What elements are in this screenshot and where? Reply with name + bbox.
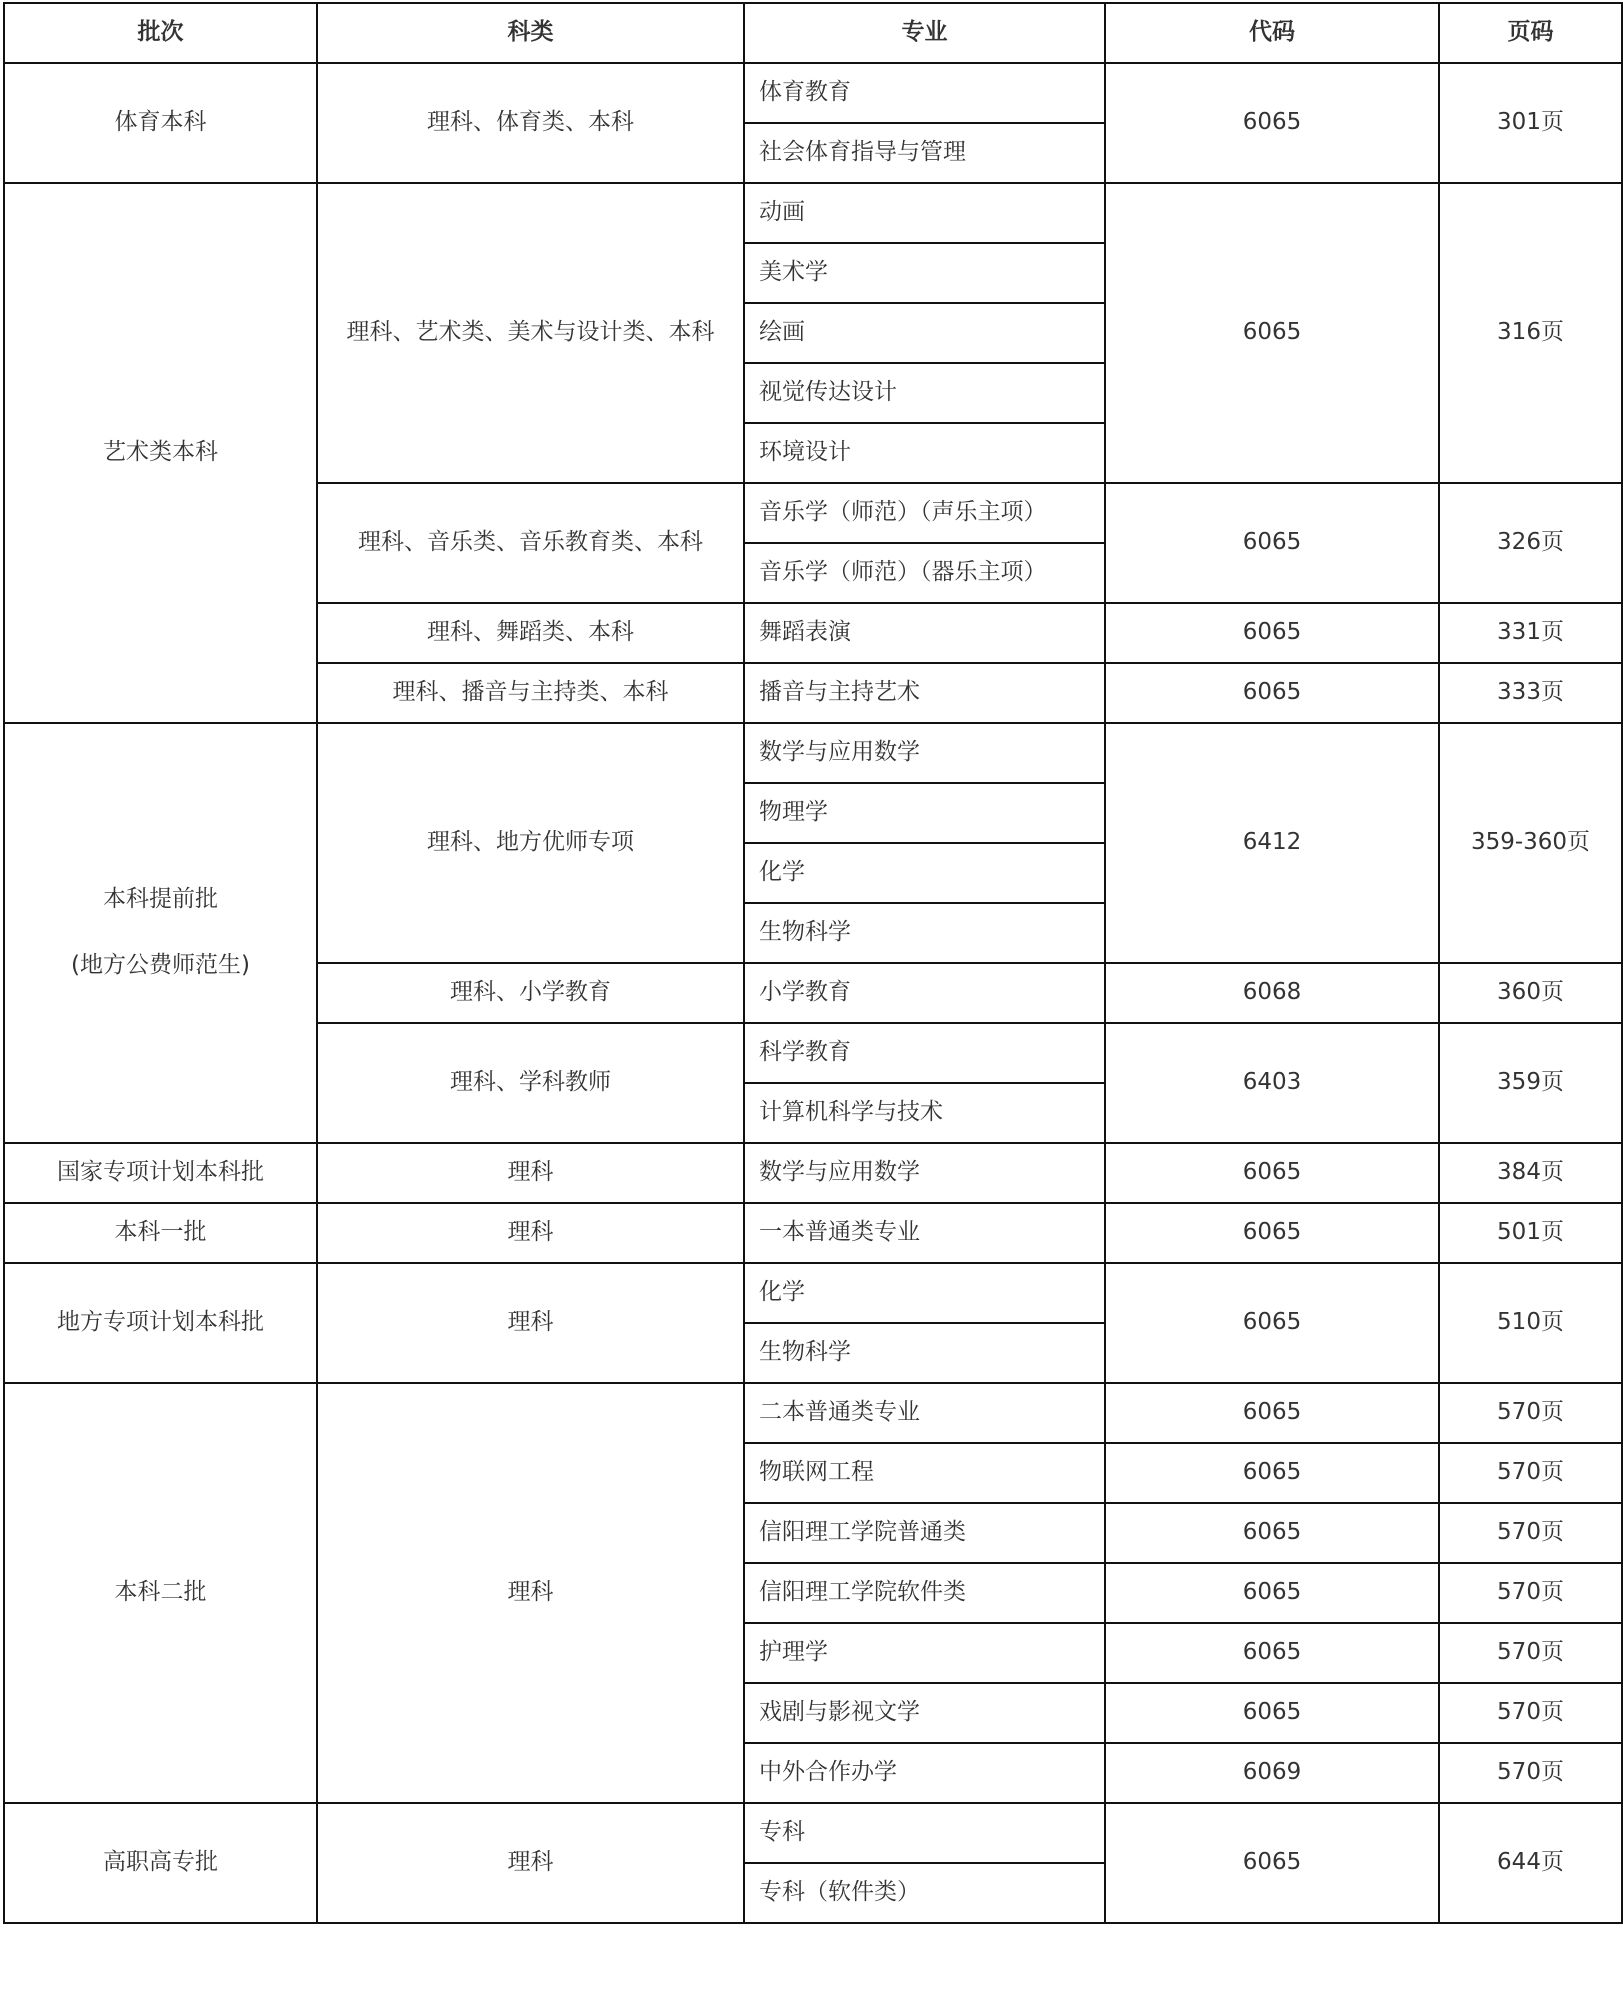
code-cell: 6065 (1105, 483, 1439, 603)
code-cell: 6065 (1105, 1503, 1439, 1563)
category-cell: 理科、舞蹈类、本科 (317, 603, 744, 663)
major-cell: 化学 (744, 843, 1105, 903)
page-cell: 570页 (1439, 1443, 1622, 1503)
category-cell: 理科、体育类、本科 (317, 63, 744, 183)
page-cell: 301页 (1439, 63, 1622, 183)
major-cell: 小学教育 (744, 963, 1105, 1023)
header-category: 科类 (317, 3, 744, 63)
major-cell: 数学与应用数学 (744, 1143, 1105, 1203)
batch-cell: 本科一批 (4, 1203, 317, 1263)
code-cell: 6065 (1105, 663, 1439, 723)
category-cell: 理科 (317, 1203, 744, 1263)
batch-label: (地方公费师范生) (5, 951, 316, 981)
table-row: 艺术类本科理科、艺术类、美术与设计类、本科动画6065316页 (4, 183, 1622, 243)
table-row: 本科一批理科一本普通类专业6065501页 (4, 1203, 1622, 1263)
batch-cell: 体育本科 (4, 63, 317, 183)
batch-label: 体育本科 (115, 109, 207, 135)
table-body: 体育本科理科、体育类、本科体育教育6065301页社会体育指导与管理艺术类本科理… (4, 63, 1622, 1923)
major-cell: 社会体育指导与管理 (744, 123, 1105, 183)
major-cell: 视觉传达设计 (744, 363, 1105, 423)
major-cell: 一本普通类专业 (744, 1203, 1105, 1263)
category-cell: 理科、音乐类、音乐教育类、本科 (317, 483, 744, 603)
code-cell: 6065 (1105, 1263, 1439, 1383)
major-cell: 美术学 (744, 243, 1105, 303)
code-cell: 6065 (1105, 1563, 1439, 1623)
page-cell: 570页 (1439, 1683, 1622, 1743)
major-cell: 绘画 (744, 303, 1105, 363)
batch-cell: 高职高专批 (4, 1803, 317, 1923)
major-cell: 护理学 (744, 1623, 1105, 1683)
major-cell: 生物科学 (744, 903, 1105, 963)
category-cell: 理科、小学教育 (317, 963, 744, 1023)
header-major: 专业 (744, 3, 1105, 63)
batch-cell: 国家专项计划本科批 (4, 1143, 317, 1203)
batch-cell: 艺术类本科 (4, 183, 317, 723)
major-cell: 音乐学（师范）（声乐主项） (744, 483, 1105, 543)
table-row: 国家专项计划本科批理科数学与应用数学6065384页 (4, 1143, 1622, 1203)
major-cell: 动画 (744, 183, 1105, 243)
major-cell: 播音与主持艺术 (744, 663, 1105, 723)
code-cell: 6065 (1105, 1623, 1439, 1683)
page-cell: 316页 (1439, 183, 1622, 483)
batch-label: 本科提前批 (103, 886, 218, 912)
category-cell: 理科 (317, 1803, 744, 1923)
batch-label: 本科二批 (115, 1579, 207, 1605)
major-cell: 音乐学（师范）（器乐主项） (744, 543, 1105, 603)
page-cell: 570页 (1439, 1743, 1622, 1803)
code-cell: 6403 (1105, 1023, 1439, 1143)
page-cell: 360页 (1439, 963, 1622, 1023)
category-cell: 理科、学科教师 (317, 1023, 744, 1143)
page-cell: 359-360页 (1439, 723, 1622, 963)
table-row: 本科二批理科二本普通类专业6065570页 (4, 1383, 1622, 1443)
batch-label: 本科一批 (115, 1219, 207, 1245)
code-cell: 6065 (1105, 183, 1439, 483)
page-cell: 326页 (1439, 483, 1622, 603)
major-cell: 生物科学 (744, 1323, 1105, 1383)
page-cell: 570页 (1439, 1563, 1622, 1623)
table-row: 高职高专批理科专科6065644页 (4, 1803, 1622, 1863)
major-cell: 戏剧与影视文学 (744, 1683, 1105, 1743)
code-cell: 6069 (1105, 1743, 1439, 1803)
category-cell: 理科、艺术类、美术与设计类、本科 (317, 183, 744, 483)
category-cell: 理科 (317, 1143, 744, 1203)
category-cell: 理科 (317, 1263, 744, 1383)
category-cell: 理科 (317, 1383, 744, 1803)
major-cell: 专科 (744, 1803, 1105, 1863)
batch-label: 高职高专批 (103, 1849, 218, 1875)
page-cell: 501页 (1439, 1203, 1622, 1263)
code-cell: 6065 (1105, 1383, 1439, 1443)
code-cell: 6065 (1105, 1143, 1439, 1203)
category-cell: 理科、播音与主持类、本科 (317, 663, 744, 723)
major-cell: 数学与应用数学 (744, 723, 1105, 783)
header-row: 批次 科类 专业 代码 页码 (4, 3, 1622, 63)
major-cell: 科学教育 (744, 1023, 1105, 1083)
page-cell: 359页 (1439, 1023, 1622, 1143)
major-cell: 专科（软件类） (744, 1863, 1105, 1923)
code-cell: 6068 (1105, 963, 1439, 1023)
table-row: 本科提前批(地方公费师范生)理科、地方优师专项数学与应用数学6412359-36… (4, 723, 1622, 783)
batch-cell: 本科二批 (4, 1383, 317, 1803)
batch-label: 国家专项计划本科批 (57, 1159, 264, 1185)
page-cell: 510页 (1439, 1263, 1622, 1383)
page-cell: 384页 (1439, 1143, 1622, 1203)
batch-cell: 地方专项计划本科批 (4, 1263, 317, 1383)
major-cell: 舞蹈表演 (744, 603, 1105, 663)
table-row: 地方专项计划本科批理科化学6065510页 (4, 1263, 1622, 1323)
major-cell: 信阳理工学院软件类 (744, 1563, 1105, 1623)
category-cell: 理科、地方优师专项 (317, 723, 744, 963)
batch-cell: 本科提前批(地方公费师范生) (4, 723, 317, 1143)
admission-table: 批次 科类 专业 代码 页码 体育本科理科、体育类、本科体育教育6065301页… (3, 2, 1623, 1924)
code-cell: 6065 (1105, 603, 1439, 663)
page-cell: 570页 (1439, 1503, 1622, 1563)
major-cell: 体育教育 (744, 63, 1105, 123)
major-cell: 信阳理工学院普通类 (744, 1503, 1105, 1563)
major-cell: 计算机科学与技术 (744, 1083, 1105, 1143)
major-cell: 环境设计 (744, 423, 1105, 483)
code-cell: 6065 (1105, 1203, 1439, 1263)
major-cell: 物联网工程 (744, 1443, 1105, 1503)
code-cell: 6065 (1105, 63, 1439, 183)
major-cell: 二本普通类专业 (744, 1383, 1105, 1443)
page-cell: 570页 (1439, 1623, 1622, 1683)
page-cell: 644页 (1439, 1803, 1622, 1923)
major-cell: 化学 (744, 1263, 1105, 1323)
major-cell: 物理学 (744, 783, 1105, 843)
batch-label: 地方专项计划本科批 (57, 1309, 264, 1335)
major-cell: 中外合作办学 (744, 1743, 1105, 1803)
page-cell: 570页 (1439, 1383, 1622, 1443)
code-cell: 6065 (1105, 1443, 1439, 1503)
header-code: 代码 (1105, 3, 1439, 63)
code-cell: 6412 (1105, 723, 1439, 963)
page-cell: 333页 (1439, 663, 1622, 723)
batch-label: 艺术类本科 (103, 439, 218, 465)
page-cell: 331页 (1439, 603, 1622, 663)
header-batch: 批次 (4, 3, 317, 63)
code-cell: 6065 (1105, 1683, 1439, 1743)
header-page: 页码 (1439, 3, 1622, 63)
code-cell: 6065 (1105, 1803, 1439, 1923)
table-row: 体育本科理科、体育类、本科体育教育6065301页 (4, 63, 1622, 123)
